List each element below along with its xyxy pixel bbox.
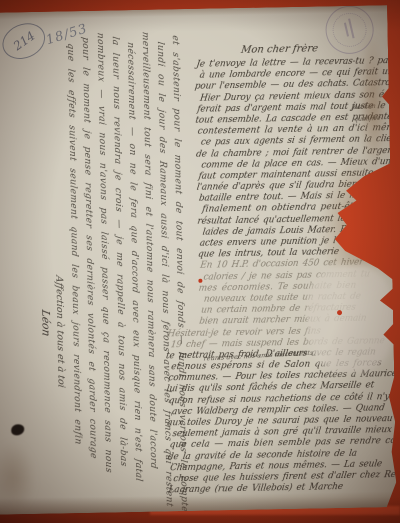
photo-vignette xyxy=(0,0,400,523)
photo-scene: 214 18/53 et s'abstenir pour le moment d… xyxy=(0,0,400,523)
